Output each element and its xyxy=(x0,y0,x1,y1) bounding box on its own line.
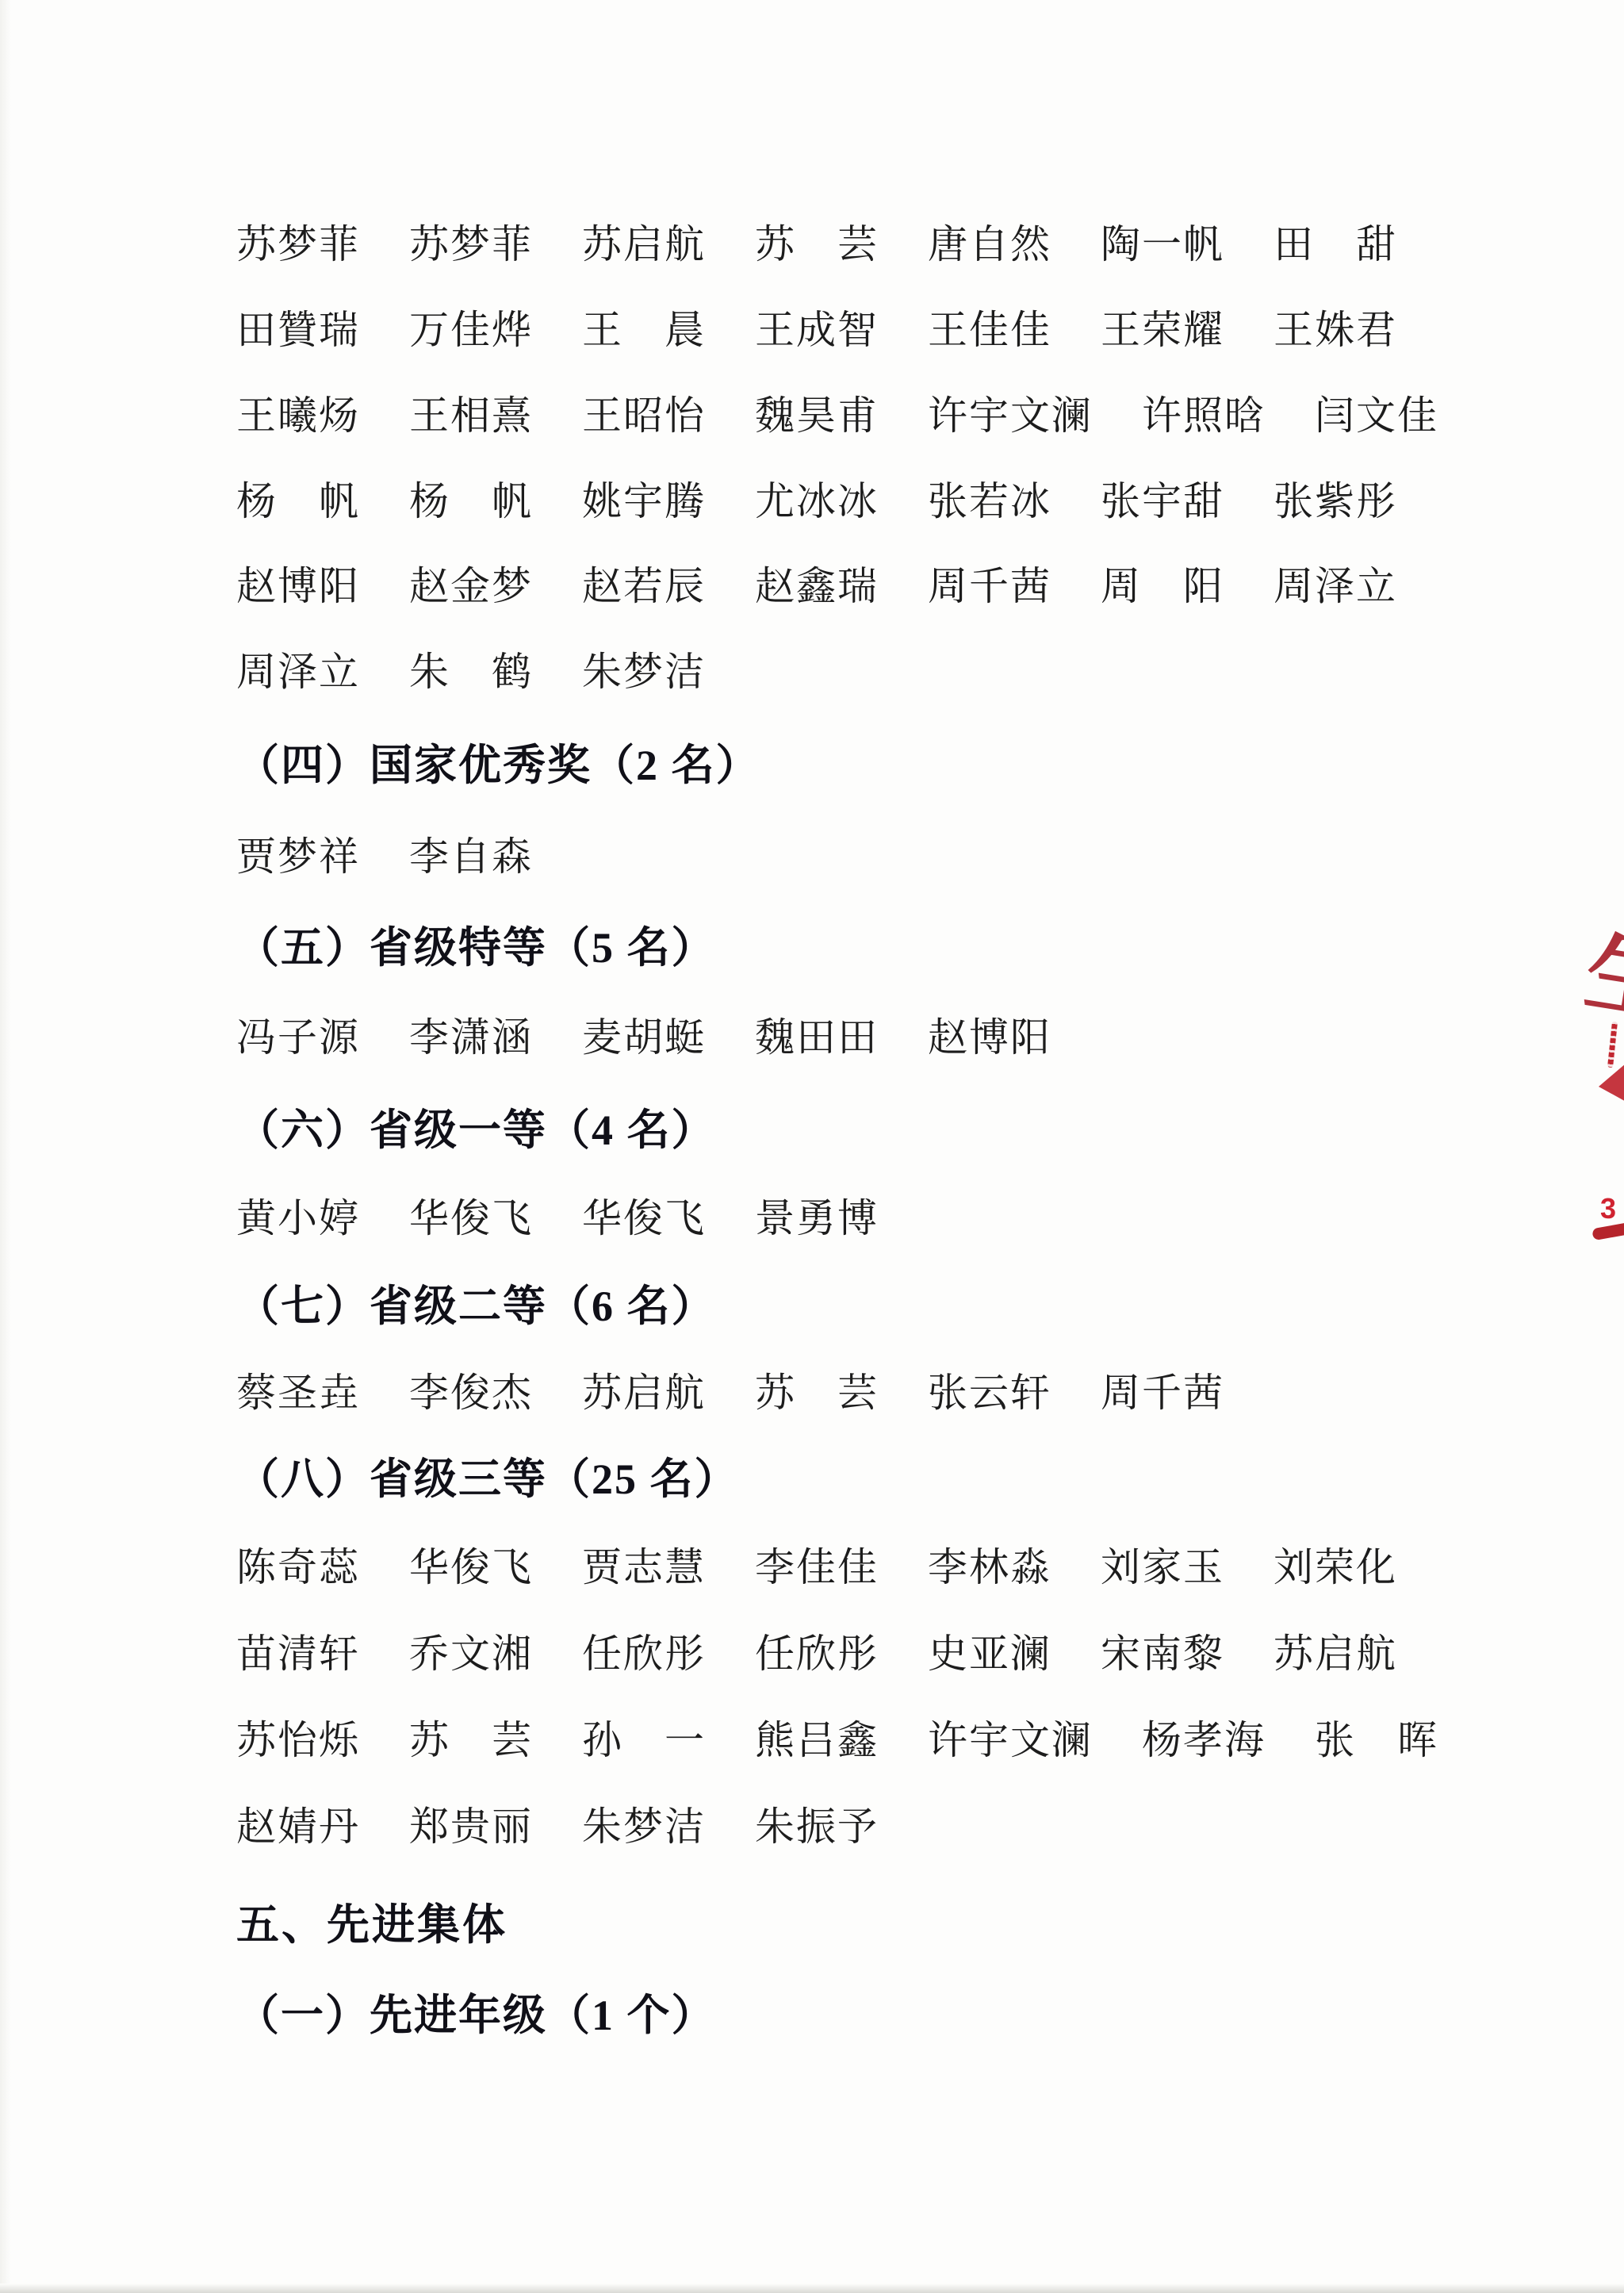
person-name: 苏启航 xyxy=(582,213,706,270)
person-name: 孙 一 xyxy=(582,1708,706,1766)
names-row: 田贊瑞万佳烨王 晨王成智王佳佳王荣耀王姝君 xyxy=(236,298,1397,355)
person-name: 苏 芸 xyxy=(409,1708,533,1766)
person-name: 李自森 xyxy=(409,825,533,882)
names-row: 苏怡烁苏 芸孙 一熊吕鑫许宇文澜杨孝海张 晖 xyxy=(236,1708,1438,1766)
person-name: 贾志慧 xyxy=(582,1536,706,1593)
person-name: 苏梦菲 xyxy=(236,213,360,270)
person-name: 周千茜 xyxy=(1101,1361,1224,1418)
scan-edge-shadow xyxy=(0,2283,1624,2293)
person-name: 魏田田 xyxy=(755,1006,879,1063)
person-name: 王荣耀 xyxy=(1101,298,1224,355)
person-name: 张云轩 xyxy=(928,1361,1051,1418)
person-name: 蔡圣垚 xyxy=(236,1361,360,1418)
names-row: 贾梦祥李自森 xyxy=(236,825,533,882)
names-row: 赵婧丹郑贵丽朱梦洁朱振予 xyxy=(236,1795,879,1852)
person-name: 田 甜 xyxy=(1274,213,1397,270)
scanned-document-page: 苏梦菲苏梦菲苏启航苏 芸唐自然陶一帆田 甜田贊瑞万佳烨王 晨王成智王佳佳王荣耀王… xyxy=(0,0,1624,2293)
person-name: 许宇文澜 xyxy=(928,1708,1093,1766)
person-name: 陈奇蕊 xyxy=(236,1536,360,1593)
person-name: 李林淼 xyxy=(928,1536,1051,1593)
names-row: 黄小婷华俊飞华俊飞景勇博 xyxy=(236,1187,879,1244)
person-name: 杨 帆 xyxy=(409,470,533,527)
person-name: 赵博阳 xyxy=(236,554,360,612)
person-name: 王昭怡 xyxy=(582,384,706,441)
person-name: 苏怡烁 xyxy=(236,1708,360,1766)
person-name: 任欣彤 xyxy=(582,1622,706,1679)
person-name: 唐自然 xyxy=(928,213,1051,270)
person-name: 苏 芸 xyxy=(755,213,879,270)
person-name: 朱 鹤 xyxy=(409,640,533,697)
person-name: 刘荣化 xyxy=(1274,1536,1397,1593)
names-row: 苗清轩乔文湘任欣彤任欣彤史亚澜宋南黎苏启航 xyxy=(236,1622,1397,1679)
red-page-number: 3 xyxy=(1600,1192,1616,1225)
person-name: 周千茜 xyxy=(928,554,1051,612)
person-name: 朱梦洁 xyxy=(582,640,706,697)
person-name: 李潇涵 xyxy=(409,1006,533,1063)
person-name: 苏梦菲 xyxy=(409,213,533,270)
person-name: 尤冰冰 xyxy=(755,470,879,527)
person-name: 周泽立 xyxy=(236,640,360,697)
person-name: 姚宇腾 xyxy=(582,470,706,527)
person-name: 陶一帆 xyxy=(1101,213,1224,270)
names-row: 陈奇蕊华俊飞贾志慧李佳佳李林淼刘家玉刘荣化 xyxy=(236,1536,1397,1593)
person-name: 赵博阳 xyxy=(928,1006,1051,1063)
person-name: 王相熹 xyxy=(409,384,533,441)
person-name: 麦胡蜓 xyxy=(582,1006,706,1063)
subsection-heading: （六）省级一等（4 名） xyxy=(236,1096,716,1157)
person-name: 苏 芸 xyxy=(755,1361,879,1418)
person-name: 许宇文澜 xyxy=(928,384,1093,441)
person-name: 苏启航 xyxy=(582,1361,706,1418)
person-name: 张宇甜 xyxy=(1101,470,1224,527)
subsection-heading: （四）国家优秀奖（2 名） xyxy=(236,731,760,792)
person-name: 周 阳 xyxy=(1101,554,1224,612)
person-name: 刘家玉 xyxy=(1101,1536,1224,1593)
names-row: 周泽立朱 鹤朱梦洁 xyxy=(236,640,706,697)
person-name: 黄小婷 xyxy=(236,1187,360,1244)
person-name: 华俊飞 xyxy=(582,1187,706,1244)
person-name: 张 晖 xyxy=(1315,1708,1438,1766)
person-name: 朱梦洁 xyxy=(582,1795,706,1852)
person-name: 乔文湘 xyxy=(409,1622,533,1679)
subsection-heading: （七）省级二等（6 名） xyxy=(236,1272,716,1333)
person-name: 王姝君 xyxy=(1274,298,1397,355)
person-name: 华俊飞 xyxy=(409,1536,533,1593)
person-name: 李俊杰 xyxy=(409,1361,533,1418)
person-name: 王成智 xyxy=(755,298,879,355)
person-name: 杨 帆 xyxy=(236,470,360,527)
person-name: 王佳佳 xyxy=(928,298,1051,355)
names-row: 蔡圣垚李俊杰苏启航苏 芸张云轩周千茜 xyxy=(236,1361,1224,1418)
person-name: 许照晗 xyxy=(1142,384,1266,441)
person-name: 景勇博 xyxy=(755,1187,879,1244)
person-name: 赵金梦 xyxy=(409,554,533,612)
person-name: 张紫彤 xyxy=(1274,470,1397,527)
scan-edge-tint xyxy=(0,0,11,2293)
person-name: 郑贵丽 xyxy=(409,1795,533,1852)
person-name: 杨孝海 xyxy=(1142,1708,1266,1766)
person-name: 史亚澜 xyxy=(928,1622,1051,1679)
red-arrow-mark xyxy=(1599,1060,1624,1104)
names-row: 赵博阳赵金梦赵若辰赵鑫瑞周千茜周 阳周泽立 xyxy=(236,554,1397,612)
subsection-heading: （一）先进年级（1 个） xyxy=(236,1981,716,2042)
person-name: 王曦炀 xyxy=(236,384,360,441)
person-name: 熊吕鑫 xyxy=(755,1708,879,1766)
names-row: 杨 帆杨 帆姚宇腾尤冰冰张若冰张宇甜张紫彤 xyxy=(236,470,1397,527)
person-name: 苏启航 xyxy=(1274,1622,1397,1679)
person-name: 赵若辰 xyxy=(582,554,706,612)
names-row: 王曦炀王相熹王昭怡魏昊甫许宇文澜许照晗闫文佳 xyxy=(236,384,1438,441)
person-name: 张若冰 xyxy=(928,470,1051,527)
names-row: 冯子源李潇涵麦胡蜓魏田田赵博阳 xyxy=(236,1006,1051,1063)
names-row: 苏梦菲苏梦菲苏启航苏 芸唐自然陶一帆田 甜 xyxy=(236,213,1397,270)
person-name: 魏昊甫 xyxy=(755,384,879,441)
person-name: 田贊瑞 xyxy=(236,298,360,355)
section-title: 五、先进集体 xyxy=(236,1891,507,1952)
person-name: 赵鑫瑞 xyxy=(755,554,879,612)
subsection-heading: （八）省级三等（25 名） xyxy=(236,1445,739,1506)
red-stamp-fragment: 生 xyxy=(1578,899,1624,1040)
person-name: 朱振予 xyxy=(755,1795,879,1852)
person-name: 王 晨 xyxy=(582,298,706,355)
person-name: 华俊飞 xyxy=(409,1187,533,1244)
person-name: 万佳烨 xyxy=(409,298,533,355)
person-name: 宋南黎 xyxy=(1101,1622,1224,1679)
person-name: 闫文佳 xyxy=(1315,384,1438,441)
document-lines: 苏梦菲苏梦菲苏启航苏 芸唐自然陶一帆田 甜田贊瑞万佳烨王 晨王成智王佳佳王荣耀王… xyxy=(236,0,1473,2293)
person-name: 李佳佳 xyxy=(755,1536,879,1593)
person-name: 周泽立 xyxy=(1274,554,1397,612)
person-name: 贾梦祥 xyxy=(236,825,360,882)
person-name: 赵婧丹 xyxy=(236,1795,360,1852)
person-name: 任欣彤 xyxy=(755,1622,879,1679)
person-name: 冯子源 xyxy=(236,1006,360,1063)
person-name: 苗清轩 xyxy=(236,1622,360,1679)
subsection-heading: （五）省级特等（5 名） xyxy=(236,914,716,975)
